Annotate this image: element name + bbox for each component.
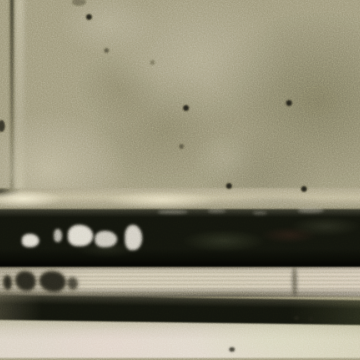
speck <box>286 100 292 106</box>
white-mark <box>125 225 142 250</box>
speck <box>150 60 155 65</box>
lower-dark-band <box>0 295 360 325</box>
white-mark <box>298 208 324 213</box>
speck <box>294 316 299 320</box>
dark-mark <box>3 275 12 290</box>
scratch-line-highlight <box>15 0 24 203</box>
dark-mark <box>67 277 78 290</box>
white-mark <box>68 225 93 246</box>
speck <box>229 347 235 352</box>
speck <box>179 144 184 149</box>
white-mark <box>158 210 188 214</box>
dark-mark <box>15 271 36 291</box>
white-mark <box>253 211 267 215</box>
speck <box>301 186 307 192</box>
white-mark <box>95 231 117 247</box>
speck <box>309 317 313 321</box>
mottled-texture-region <box>0 0 360 212</box>
speck <box>183 105 189 111</box>
dark-mark <box>292 267 297 296</box>
white-mark <box>208 209 226 213</box>
dark-mark <box>39 271 66 292</box>
white-mark <box>54 229 62 242</box>
speck <box>104 48 109 53</box>
photo-canvas <box>0 0 360 360</box>
white-mark <box>22 234 39 247</box>
speck <box>226 183 232 189</box>
photo-blur-layer <box>0 0 360 360</box>
speck <box>86 14 92 20</box>
vertical-scratch-line <box>10 0 14 206</box>
